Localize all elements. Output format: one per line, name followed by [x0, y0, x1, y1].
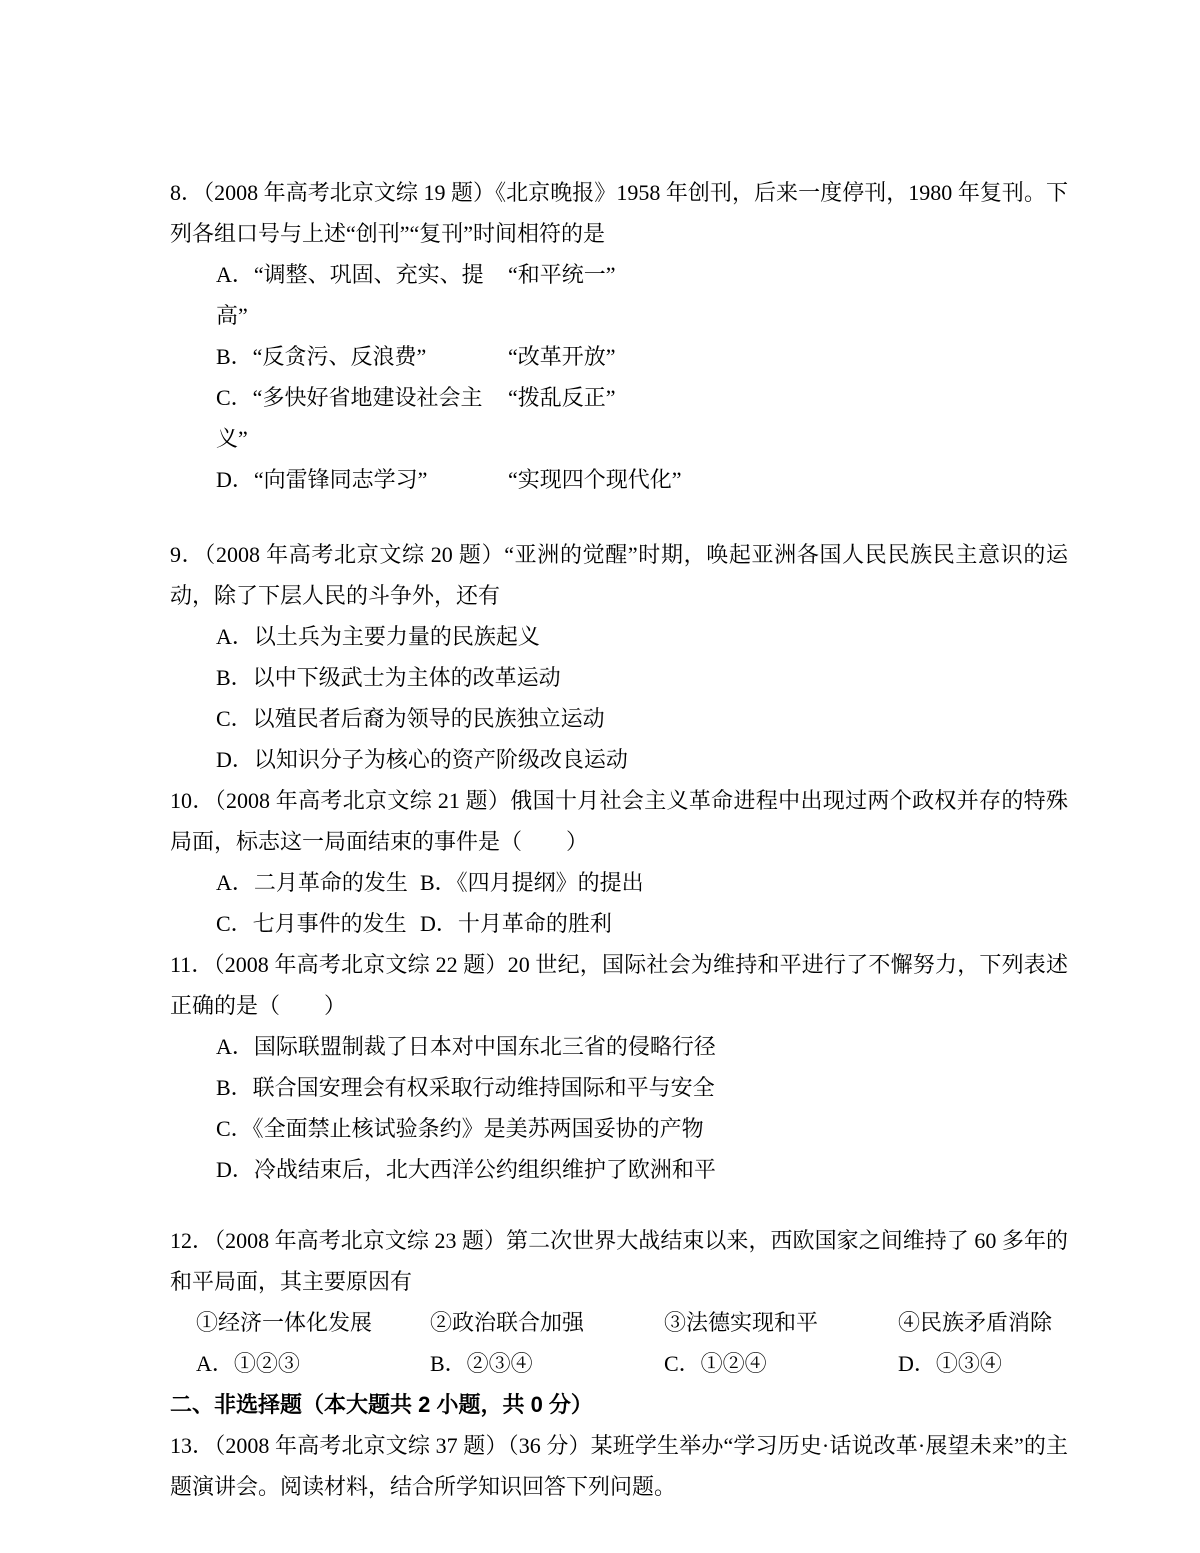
question-8-stem: 8．（2008 年高考北京文综 19 题）《北京晚报》1958 年创刊，后来一度…	[170, 172, 1068, 254]
question-11-block: 11．（2008 年高考北京文综 22 题）20 世纪，国际社会为维持和平进行了…	[170, 944, 1068, 1190]
question-12-stem: 12．（2008 年高考北京文综 23 题）第二次世界大战结束以来，西欧国家之间…	[170, 1220, 1068, 1302]
question-10-stem: 10．（2008 年高考北京文综 21 题）俄国十月社会主义革命进程中出现过两个…	[170, 780, 1068, 862]
question-8-options: A．“调整、巩固、充实、提高” “和平统一” B．“反贪污、反浪费” “改革开放…	[170, 254, 1068, 500]
option-row-b: B．“反贪污、反浪费” “改革开放”	[216, 336, 1068, 377]
exam-document-page: 8．（2008 年高考北京文综 19 题）《北京晚报》1958 年创刊，后来一度…	[0, 0, 1200, 1553]
question-12-answer-options: A．①②③ B．②③④ C．①②④ D．①③④	[170, 1343, 1068, 1384]
question-10-options: A．二月革命的发生 B．《四月提纲》的提出 C．七月事件的发生 D．十月革命的胜…	[170, 862, 1068, 944]
question-11-stem: 11．（2008 年高考北京文综 22 题）20 世纪，国际社会为维持和平进行了…	[170, 944, 1068, 1026]
option-row-a: A．“调整、巩固、充实、提高” “和平统一”	[216, 254, 1068, 336]
option-b: B．以中下级武士为主体的改革运动	[216, 657, 1068, 698]
question-13-block: 13．（2008 年高考北京文综 37 题）（36 分）某班学生举办“学习历史·…	[170, 1425, 1068, 1507]
option-b: B．②③④	[430, 1343, 664, 1384]
option-b: B．联合国安理会有权采取行动维持国际和平与安全	[216, 1067, 1068, 1108]
sub-option-2: ②政治联合加强	[430, 1302, 664, 1343]
option-c-paired-slogan: “拨乱反正”	[508, 377, 1068, 459]
question-9-options: A．以土兵为主要力量的民族起义 B．以中下级武士为主体的改革运动 C．以殖民者后…	[170, 616, 1068, 780]
option-b-paired-slogan: “改革开放”	[508, 336, 1068, 377]
question-12-block: 12．（2008 年高考北京文综 23 题）第二次世界大战结束以来，西欧国家之间…	[170, 1220, 1068, 1384]
option-c: C．①②④	[664, 1343, 898, 1384]
option-row-cd: C．七月事件的发生 D．十月革命的胜利	[216, 903, 1068, 944]
question-12-sub-options: ①经济一体化发展 ②政治联合加强 ③法德实现和平 ④民族矛盾消除	[170, 1302, 1068, 1343]
option-d: D．①③④	[898, 1343, 1132, 1384]
option-a: A．以土兵为主要力量的民族起义	[216, 616, 1068, 657]
option-d: D．以知识分子为核心的资产阶级改良运动	[216, 739, 1068, 780]
option-row-ab: A．二月革命的发生 B．《四月提纲》的提出	[216, 862, 1068, 903]
option-d-paired-slogan: “实现四个现代化”	[508, 459, 1068, 500]
question-9-block: 9．（2008 年高考北京文综 20 题）“亚洲的觉醒”时期，唤起亚洲各国人民民…	[170, 534, 1068, 780]
question-11-options: A．国际联盟制裁了日本对中国东北三省的侵略行径 B．联合国安理会有权采取行动维持…	[170, 1026, 1068, 1190]
question-10-block: 10．（2008 年高考北京文综 21 题）俄国十月社会主义革命进程中出现过两个…	[170, 780, 1068, 944]
option-a: A．①②③	[196, 1343, 430, 1384]
option-row-d: D．“向雷锋同志学习” “实现四个现代化”	[216, 459, 1068, 500]
question-13-stem: 13．（2008 年高考北京文综 37 题）（36 分）某班学生举办“学习历史·…	[170, 1425, 1068, 1507]
sub-option-3: ③法德实现和平	[664, 1302, 898, 1343]
option-b-slogan: B．“反贪污、反浪费”	[216, 336, 508, 377]
option-b: B．《四月提纲》的提出	[420, 862, 1068, 903]
option-d-slogan: D．“向雷锋同志学习”	[216, 459, 508, 500]
option-a-paired-slogan: “和平统一”	[508, 254, 1068, 336]
section-2-heading: 二、非选择题（本大题共 2 小题，共 0 分）	[170, 1384, 1068, 1425]
option-a: A．二月革命的发生	[216, 862, 420, 903]
option-c-slogan: C．“多快好省地建设社会主义”	[216, 377, 508, 459]
question-9-stem: 9．（2008 年高考北京文综 20 题）“亚洲的觉醒”时期，唤起亚洲各国人民民…	[170, 534, 1068, 616]
option-row-c: C．“多快好省地建设社会主义” “拨乱反正”	[216, 377, 1068, 459]
sub-option-4: ④民族矛盾消除	[898, 1302, 1132, 1343]
option-a: A．国际联盟制裁了日本对中国东北三省的侵略行径	[216, 1026, 1068, 1067]
document-content: 8．（2008 年高考北京文综 19 题）《北京晚报》1958 年创刊，后来一度…	[170, 172, 1068, 1507]
option-c: C．《全面禁止核试验条约》是美苏两国妥协的产物	[216, 1108, 1068, 1149]
sub-option-1: ①经济一体化发展	[196, 1302, 430, 1343]
option-c: C．七月事件的发生	[216, 903, 420, 944]
option-d: D．冷战结束后，北大西洋公约组织维护了欧洲和平	[216, 1149, 1068, 1190]
option-c: C．以殖民者后裔为领导的民族独立运动	[216, 698, 1068, 739]
question-8-block: 8．（2008 年高考北京文综 19 题）《北京晚报》1958 年创刊，后来一度…	[170, 172, 1068, 500]
option-d: D．十月革命的胜利	[420, 903, 1068, 944]
option-a-slogan: A．“调整、巩固、充实、提高”	[216, 254, 508, 336]
